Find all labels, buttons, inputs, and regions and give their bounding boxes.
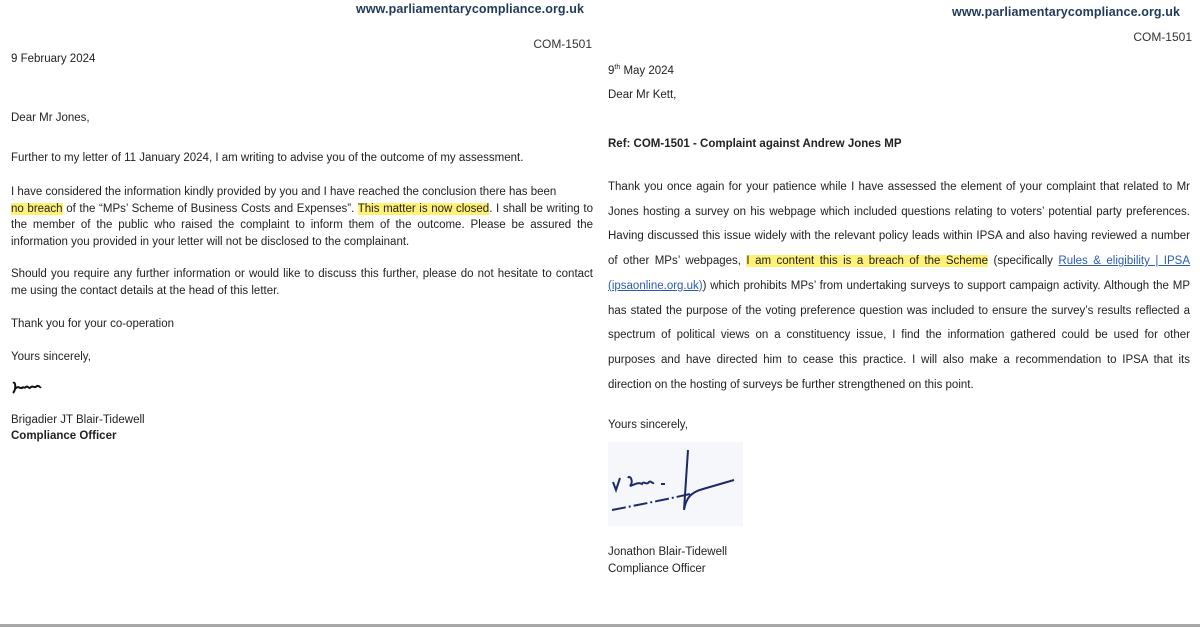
thanks-line: Thank you for your co-operation — [11, 318, 174, 330]
letter-date: 9th May 2024 — [608, 64, 674, 77]
body-text: (specifically — [988, 255, 1058, 267]
date-rest: May 2024 — [620, 65, 674, 77]
closing: Yours sincerely, — [11, 351, 91, 363]
highlight-no-breach: no breach — [11, 203, 63, 215]
signature-icon — [10, 380, 44, 396]
website-header: www.parliamentarycompliance.org.uk — [356, 2, 584, 16]
signature-icon — [608, 442, 743, 526]
paragraph-conclusion: I have considered the information kindly… — [11, 184, 593, 250]
signer-name: Jonathon Blair-Tidewell — [608, 546, 727, 558]
salutation: Dear Mr Kett, — [608, 89, 676, 101]
bottom-divider — [0, 624, 1200, 627]
conclusion-text: I have considered the information kindly… — [11, 186, 556, 198]
highlight-breach: I am content this is a breach of the Sch… — [746, 255, 988, 267]
signer-title: Compliance Officer — [608, 563, 706, 575]
closing: Yours sincerely, — [608, 419, 688, 431]
paragraph-body: Thank you once again for your patience w… — [608, 175, 1190, 397]
letter-date: 9 February 2024 — [11, 53, 95, 65]
paragraph-intro: Further to my letter of 11 January 2024,… — [11, 152, 593, 164]
salutation: Dear Mr Jones, — [11, 112, 90, 124]
reference-number: COM-1501 — [1133, 30, 1192, 44]
conclusion-text: of the “MPs’ Scheme of Business Costs an… — [63, 203, 358, 215]
body-text: ) which prohibits MPs’ from undertaking … — [608, 280, 1190, 391]
subject-line: Ref: COM-1501 - Complaint against Andrew… — [608, 138, 902, 150]
letter-may: www.parliamentarycompliance.org.uk COM-1… — [600, 0, 1200, 624]
reference-number: COM-1501 — [533, 37, 592, 51]
website-header: www.parliamentarycompliance.org.uk — [952, 5, 1180, 19]
signer-name: Brigadier JT Blair-Tidewell — [11, 414, 145, 426]
signer-title: Compliance Officer — [11, 430, 116, 442]
paragraph-contact: Should you require any further informati… — [11, 266, 593, 299]
letter-february: www.parliamentarycompliance.org.uk COM-1… — [0, 0, 600, 624]
highlight-matter-closed: This matter is now closed — [358, 203, 489, 215]
